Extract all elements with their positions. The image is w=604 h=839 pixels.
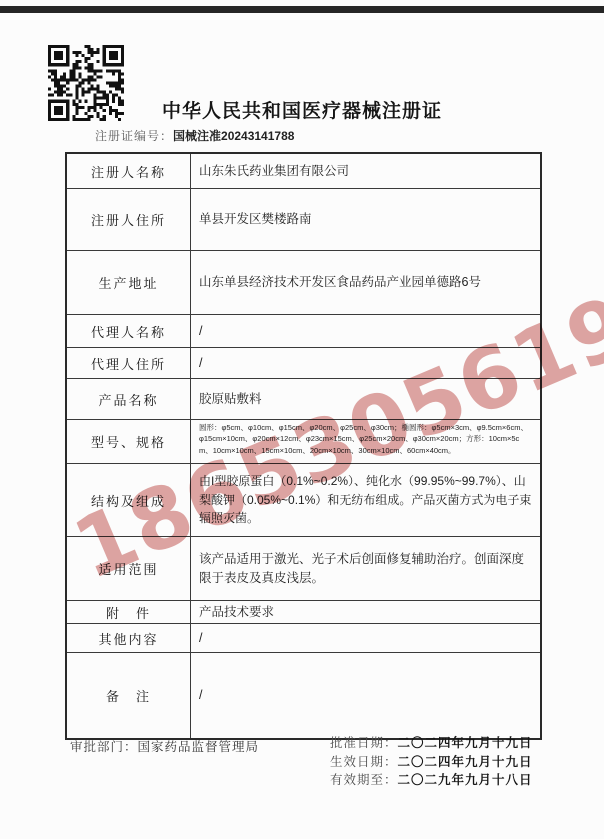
cert-number-value: 国械注准20243141788 xyxy=(173,129,294,143)
row-label: 注册人名称 xyxy=(67,154,191,188)
table-row: 代理人名称 / xyxy=(67,315,540,348)
effective-date-label: 生效日期： xyxy=(330,755,398,769)
row-value: 该产品适用于激光、光子术后创面修复辅助治疗。创面深度限于表皮及真皮浅层。 xyxy=(191,537,540,600)
row-value: 山东朱氏药业集团有限公司 xyxy=(191,154,540,188)
row-label: 其他内容 xyxy=(67,624,191,652)
certificate-page: 中华人民共和国医疗器械注册证 注册证编号：国械注准20243141788 注册人… xyxy=(0,0,604,839)
row-value: / xyxy=(191,315,540,347)
table-row: 附 件 产品技术要求 xyxy=(67,601,540,624)
table-row: 结构及组成 由I型胶原蛋白（0.1%~0.2%）、纯化水（99.95%~99.7… xyxy=(67,464,540,537)
row-value: / xyxy=(191,653,540,738)
row-value: / xyxy=(191,348,540,378)
table-row: 适用范围 该产品适用于激光、光子术后创面修复辅助治疗。创面深度限于表皮及真皮浅层… xyxy=(67,537,540,601)
table-row: 生产地址 山东单县经济技术开发区食品药品产业园单德路6号 xyxy=(67,251,540,315)
row-label: 适用范围 xyxy=(67,537,191,600)
certificate-table: 注册人名称 山东朱氏药业集团有限公司 注册人住所 单县开发区樊楼路南 生产地址 … xyxy=(65,152,542,740)
row-value: 单县开发区樊楼路南 xyxy=(191,189,540,250)
approval-department-label: 审批部门： xyxy=(70,740,138,754)
expiry-date-value: 二〇二九年九月十八日 xyxy=(398,773,533,787)
expiry-date-line: 有效期至：二〇二九年九月十八日 xyxy=(330,771,533,790)
approval-department-value: 国家药品监督管理局 xyxy=(138,740,260,754)
approval-date-value: 二〇二四年九月十九日 xyxy=(398,736,533,750)
approval-date-line: 批准日期：二〇二四年九月十九日 xyxy=(330,734,533,753)
table-row: 注册人名称 山东朱氏药业集团有限公司 xyxy=(67,154,540,189)
row-label: 产品名称 xyxy=(67,379,191,419)
row-value: 由I型胶原蛋白（0.1%~0.2%）、纯化水（99.95%~99.7%）、山梨酸… xyxy=(191,464,540,536)
table-row: 产品名称 胶原贴敷料 xyxy=(67,379,540,420)
effective-date-value: 二〇二四年九月十九日 xyxy=(398,755,533,769)
row-label: 注册人住所 xyxy=(67,189,191,250)
table-row: 备 注 / xyxy=(67,653,540,738)
row-value: / xyxy=(191,624,540,652)
row-label: 代理人名称 xyxy=(67,315,191,347)
row-label: 备 注 xyxy=(67,653,191,738)
date-block: 批准日期：二〇二四年九月十九日 生效日期：二〇二四年九月十九日 有效期至：二〇二… xyxy=(330,734,533,790)
row-label: 代理人住所 xyxy=(67,348,191,378)
row-label: 结构及组成 xyxy=(67,464,191,536)
scan-edge-strip xyxy=(0,6,604,13)
row-label: 型号、规格 xyxy=(67,420,191,463)
page-title: 中华人民共和国医疗器械注册证 xyxy=(0,96,604,123)
row-value: 山东单县经济技术开发区食品药品产业园单德路6号 xyxy=(191,251,540,314)
table-row: 型号、规格 圆形：φ5cm、φ10cm、φ15cm、φ20cm、φ25cm、φ3… xyxy=(67,420,540,464)
effective-date-line: 生效日期：二〇二四年九月十九日 xyxy=(330,753,533,772)
row-label: 生产地址 xyxy=(67,251,191,314)
cert-number-label: 注册证编号： xyxy=(95,129,173,143)
cert-number-line: 注册证编号：国械注准20243141788 xyxy=(95,127,294,144)
row-value: 圆形：φ5cm、φ10cm、φ15cm、φ20cm、φ25cm、φ30cm；椭圆… xyxy=(191,420,540,463)
row-label: 附 件 xyxy=(67,601,191,623)
table-row: 注册人住所 单县开发区樊楼路南 xyxy=(67,189,540,251)
row-value: 胶原贴敷料 xyxy=(191,379,540,419)
table-row: 代理人住所 / xyxy=(67,348,540,379)
table-row: 其他内容 / xyxy=(67,624,540,653)
expiry-date-label: 有效期至： xyxy=(330,773,398,787)
approval-department-line: 审批部门：国家药品监督管理局 xyxy=(70,737,259,755)
approval-date-label: 批准日期： xyxy=(330,736,398,750)
row-value: 产品技术要求 xyxy=(191,601,540,623)
